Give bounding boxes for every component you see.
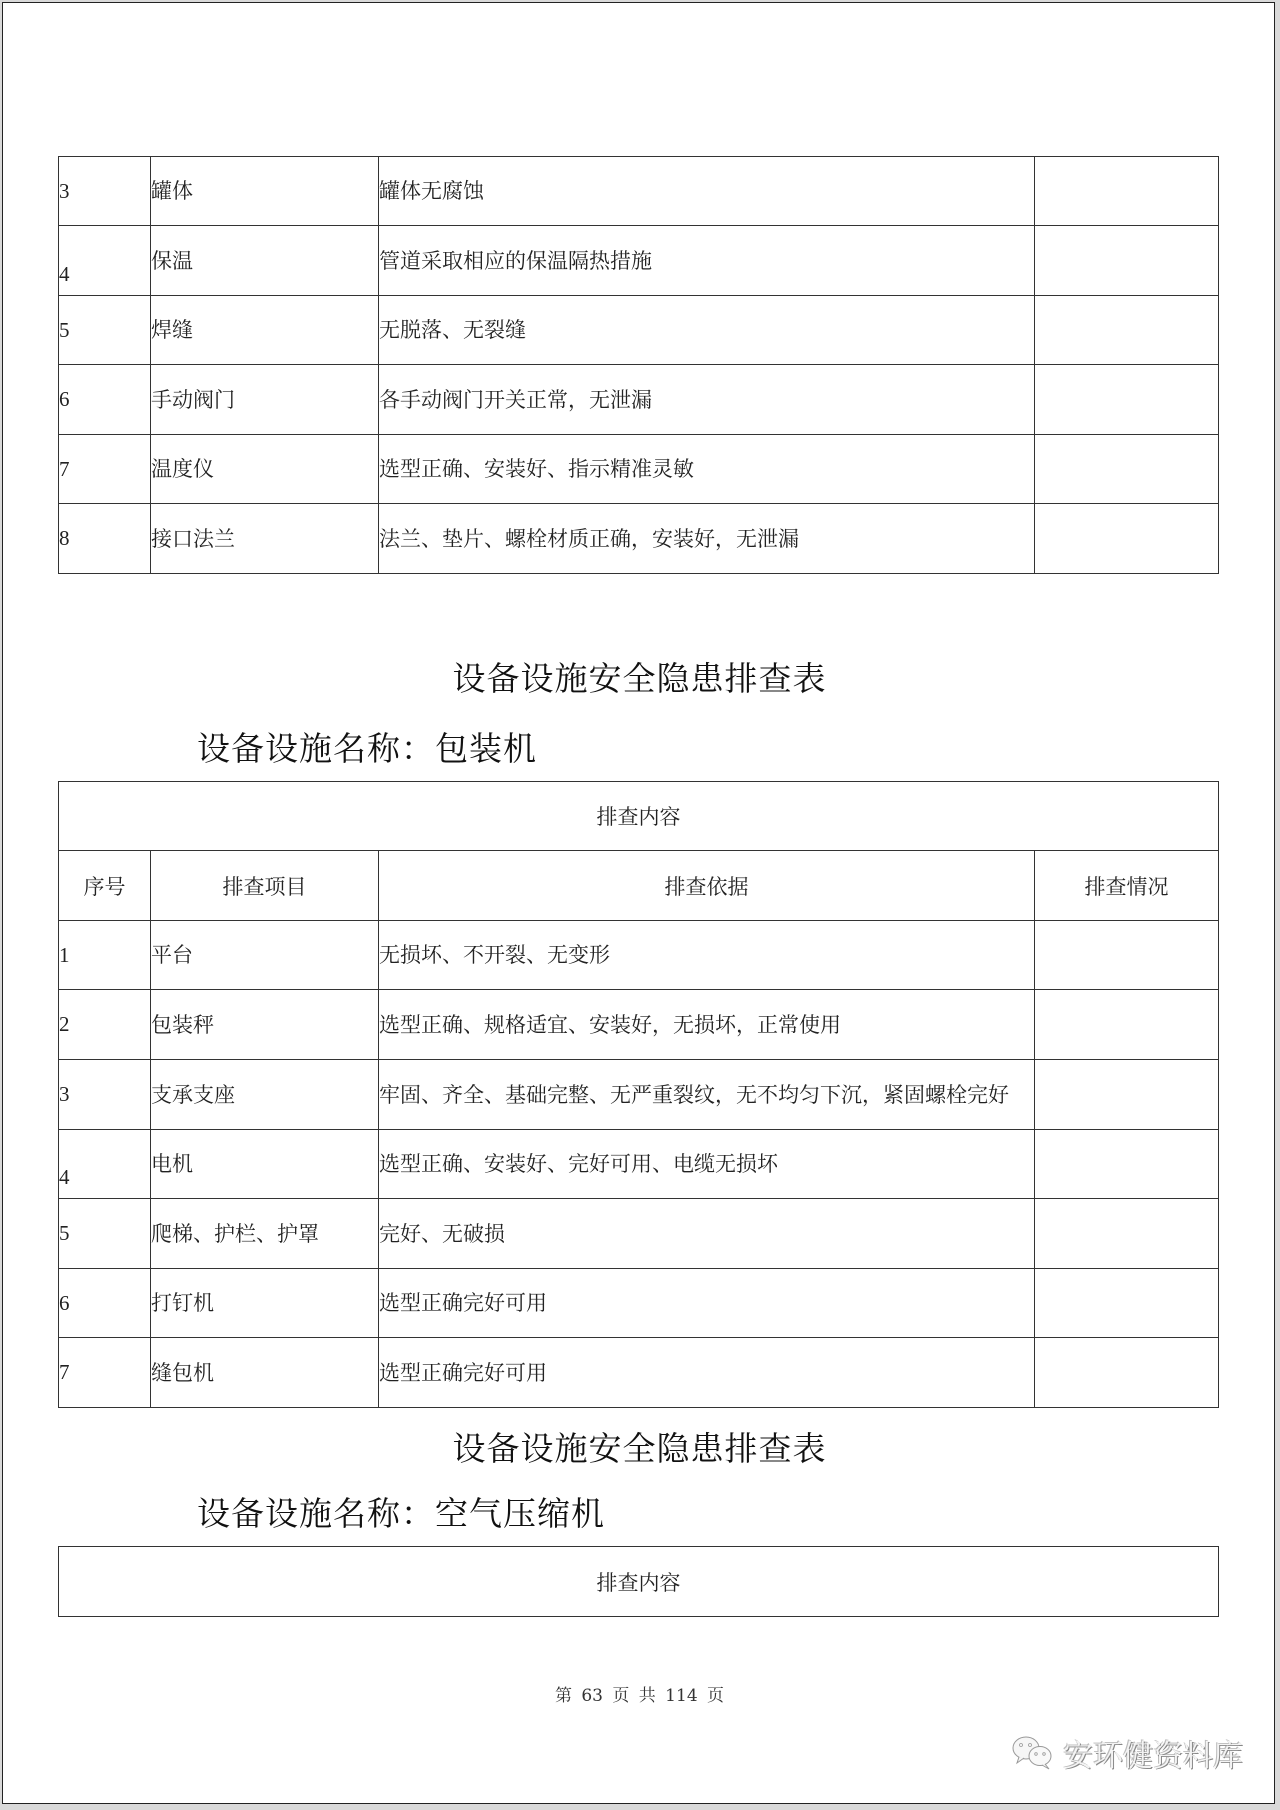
row-number: 7 <box>59 1338 151 1408</box>
inspection-status[interactable] <box>1035 435 1219 504</box>
section-title: 设备设施安全隐患排查表 <box>3 653 1276 700</box>
continued-inspection-table: 3 罐体 罐体无腐蚀 4 保温 管道采取相应的保温隔热措施 5 焊缝 无脱落、无… <box>58 156 1219 574</box>
table-row: 3 支承支座 牢固、齐全、基础完整、无严重裂纹，无不均匀下沉，紧固螺栓完好 <box>59 1060 1219 1130</box>
inspection-item: 温度仪 <box>151 435 379 504</box>
inspection-status[interactable] <box>1035 1338 1219 1408</box>
watermark: 安环健资料库 <box>1011 1731 1243 1775</box>
inspection-basis: 选型正确、规格适宜、安装好，无损坏，正常使用 <box>379 990 1035 1060</box>
compressor-inspection-table: 排查内容 <box>58 1546 1219 1617</box>
inspection-basis: 完好、无破损 <box>379 1199 1035 1269</box>
inspection-status[interactable] <box>1035 296 1219 365</box>
table-row: 6 打钉机 选型正确完好可用 <box>59 1269 1219 1338</box>
inspection-basis: 牢固、齐全、基础完整、无严重裂纹，无不均匀下沉，紧固螺栓完好 <box>379 1060 1035 1130</box>
inspection-item: 支承支座 <box>151 1060 379 1130</box>
table-row: 2 包装秤 选型正确、规格适宜、安装好，无损坏，正常使用 <box>59 990 1219 1060</box>
column-header-status: 排查情况 <box>1035 851 1219 921</box>
section-title: 设备设施安全隐患排查表 <box>3 1423 1276 1470</box>
table-row: 4 电机 选型正确、安装好、完好可用、电缆无损坏 <box>59 1130 1219 1199</box>
watermark-text: 安环健资料库 <box>1063 1731 1243 1775</box>
inspection-item: 打钉机 <box>151 1269 379 1338</box>
inspection-item: 平台 <box>151 921 379 990</box>
wechat-icon <box>1011 1734 1055 1772</box>
inspection-status[interactable] <box>1035 226 1219 296</box>
span-header-inspection-content: 排查内容 <box>59 1547 1219 1617</box>
row-number: 4 <box>59 1130 151 1199</box>
table-row: 7 缝包机 选型正确完好可用 <box>59 1338 1219 1408</box>
row-number: 6 <box>59 1269 151 1338</box>
inspection-basis: 无脱落、无裂缝 <box>379 296 1035 365</box>
table-span-header-row: 排查内容 <box>59 782 1219 851</box>
inspection-basis: 法兰、垫片、螺栓材质正确，安装好，无泄漏 <box>379 504 1035 574</box>
row-number: 4 <box>59 226 151 296</box>
packaging-inspection-table: 排查内容 序号 排查项目 排查依据 排查情况 1 平台 无损坏、不开裂、无变形 … <box>58 781 1219 1408</box>
equipment-name: 设备设施名称：包装机 <box>197 723 537 770</box>
inspection-basis: 选型正确、安装好、完好可用、电缆无损坏 <box>379 1130 1035 1199</box>
inspection-status[interactable] <box>1035 1130 1219 1199</box>
row-number: 2 <box>59 990 151 1060</box>
inspection-basis: 选型正确完好可用 <box>379 1269 1035 1338</box>
inspection-item: 电机 <box>151 1130 379 1199</box>
inspection-status[interactable] <box>1035 990 1219 1060</box>
inspection-status[interactable] <box>1035 1269 1219 1338</box>
inspection-basis: 选型正确完好可用 <box>379 1338 1035 1408</box>
table-row: 3 罐体 罐体无腐蚀 <box>59 157 1219 226</box>
table-row: 7 温度仪 选型正确、安装好、指示精准灵敏 <box>59 435 1219 504</box>
row-number: 3 <box>59 157 151 226</box>
inspection-item: 罐体 <box>151 157 379 226</box>
table-header-row: 序号 排查项目 排查依据 排查情况 <box>59 851 1219 921</box>
inspection-status[interactable] <box>1035 157 1219 226</box>
inspection-item: 保温 <box>151 226 379 296</box>
inspection-status[interactable] <box>1035 365 1219 435</box>
table-row: 5 爬梯、护栏、护罩 完好、无破损 <box>59 1199 1219 1269</box>
inspection-basis: 各手动阀门开关正常，无泄漏 <box>379 365 1035 435</box>
column-header-item: 排查项目 <box>151 851 379 921</box>
column-header-basis: 排查依据 <box>379 851 1035 921</box>
row-number: 3 <box>59 1060 151 1130</box>
inspection-basis: 无损坏、不开裂、无变形 <box>379 921 1035 990</box>
column-header-no: 序号 <box>59 851 151 921</box>
inspection-item: 焊缝 <box>151 296 379 365</box>
inspection-basis: 管道采取相应的保温隔热措施 <box>379 226 1035 296</box>
inspection-basis: 选型正确、安装好、指示精准灵敏 <box>379 435 1035 504</box>
inspection-item: 手动阀门 <box>151 365 379 435</box>
row-number: 7 <box>59 435 151 504</box>
row-number: 1 <box>59 921 151 990</box>
page-number: 第 63 页 共 114 页 <box>3 1681 1276 1706</box>
row-number: 5 <box>59 1199 151 1269</box>
document-page: 3 罐体 罐体无腐蚀 4 保温 管道采取相应的保温隔热措施 5 焊缝 无脱落、无… <box>2 2 1275 1804</box>
table-row: 6 手动阀门 各手动阀门开关正常，无泄漏 <box>59 365 1219 435</box>
row-number: 6 <box>59 365 151 435</box>
inspection-item: 包装秤 <box>151 990 379 1060</box>
inspection-basis: 罐体无腐蚀 <box>379 157 1035 226</box>
inspection-status[interactable] <box>1035 1199 1219 1269</box>
inspection-status[interactable] <box>1035 921 1219 990</box>
span-header-inspection-content: 排查内容 <box>59 782 1219 851</box>
inspection-status[interactable] <box>1035 504 1219 574</box>
table-row: 1 平台 无损坏、不开裂、无变形 <box>59 921 1219 990</box>
inspection-item: 接口法兰 <box>151 504 379 574</box>
inspection-item: 缝包机 <box>151 1338 379 1408</box>
table-row: 8 接口法兰 法兰、垫片、螺栓材质正确，安装好，无泄漏 <box>59 504 1219 574</box>
table-row: 5 焊缝 无脱落、无裂缝 <box>59 296 1219 365</box>
table-span-header-row: 排查内容 <box>59 1547 1219 1617</box>
equipment-name: 设备设施名称：空气压缩机 <box>197 1488 605 1535</box>
table-row: 4 保温 管道采取相应的保温隔热措施 <box>59 226 1219 296</box>
row-number: 8 <box>59 504 151 574</box>
row-number: 5 <box>59 296 151 365</box>
inspection-status[interactable] <box>1035 1060 1219 1130</box>
inspection-item: 爬梯、护栏、护罩 <box>151 1199 379 1269</box>
